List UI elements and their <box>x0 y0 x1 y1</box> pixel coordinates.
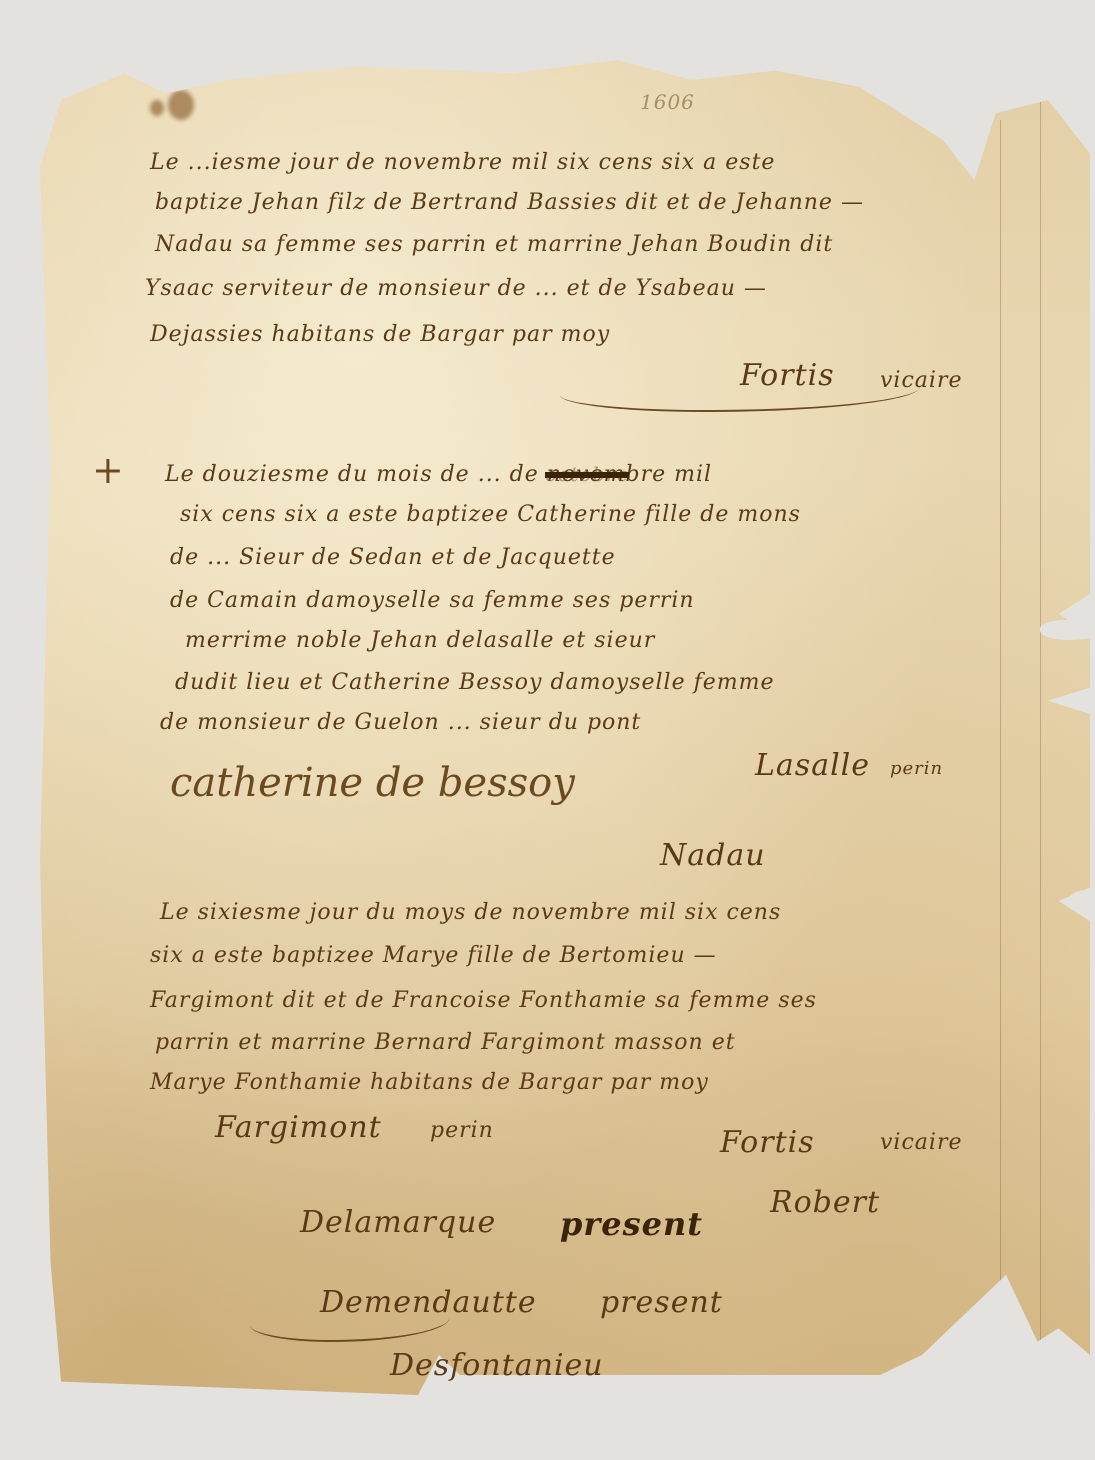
signature-robert: Robert <box>770 1185 880 1220</box>
margin-cross-mark: + <box>92 448 124 492</box>
signature-lasalle: Lasalle <box>755 748 870 783</box>
entry-line: Nadau sa femme ses parrin et marrine Jeh… <box>155 232 833 257</box>
signature-catherine: catherine de bessoy <box>170 760 575 806</box>
paper-hole <box>1070 890 1095 908</box>
entry-line: six a este baptizee Marye fille de Berto… <box>150 943 717 968</box>
entry-line: Le douziesme du mois de ... de novembre … <box>165 462 712 487</box>
struck-word: octobre <box>545 462 630 486</box>
signature-role: present <box>600 1285 723 1320</box>
entry-line: Marye Fonthamie habitans de Bargar par m… <box>150 1070 709 1095</box>
ink-stain <box>168 90 194 120</box>
signature-role: perin <box>890 758 943 779</box>
signature-nadau: Nadau <box>660 838 766 873</box>
entry-line: six cens six a este baptizee Catherine f… <box>180 502 801 527</box>
entry-line: parrin et marrine Bernard Fargimont mass… <box>155 1030 736 1055</box>
fold-crease <box>1040 100 1041 1370</box>
entry-line: Le ...iesme jour de novembre mil six cen… <box>150 150 775 175</box>
entry-line: baptize Jehan filz de Bertrand Bassies d… <box>155 190 864 215</box>
signature-fargimont: Fargimont <box>215 1110 382 1145</box>
fold-crease <box>1000 120 1001 1380</box>
paper-hole <box>1040 620 1095 640</box>
signature-delamarque: Delamarque <box>300 1205 496 1240</box>
entry-line: de monsieur de Guelon ... sieur du pont <box>160 710 641 735</box>
entry-line: Dejassies habitans de Bargar par moy <box>150 322 610 347</box>
entry-line: dudit lieu et Catherine Bessoy damoysell… <box>175 670 775 695</box>
signature-fortis-2: Fortis <box>720 1125 815 1160</box>
signature-desfontanieu: Desfontanieu <box>390 1348 604 1383</box>
header-year: 1606 <box>640 90 695 114</box>
entry-line: Ysaac serviteur de monsieur de ... et de… <box>145 276 767 301</box>
entry-line: de Camain damoyselle sa femme ses perrin <box>170 588 695 613</box>
signature-role: perin <box>430 1118 494 1143</box>
entry-line: merrime noble Jehan delasalle et sieur <box>185 628 655 653</box>
signature-role: present <box>560 1205 703 1243</box>
ink-stain <box>150 100 164 116</box>
entry-line: de ... Sieur de Sedan et de Jacquette <box>170 545 616 570</box>
entry-line: Le sixiesme jour du moys de novembre mil… <box>160 900 781 925</box>
entry-line: Fargimont dit et de Francoise Fonthamie … <box>150 988 817 1013</box>
signature-role: vicaire <box>880 1130 962 1155</box>
